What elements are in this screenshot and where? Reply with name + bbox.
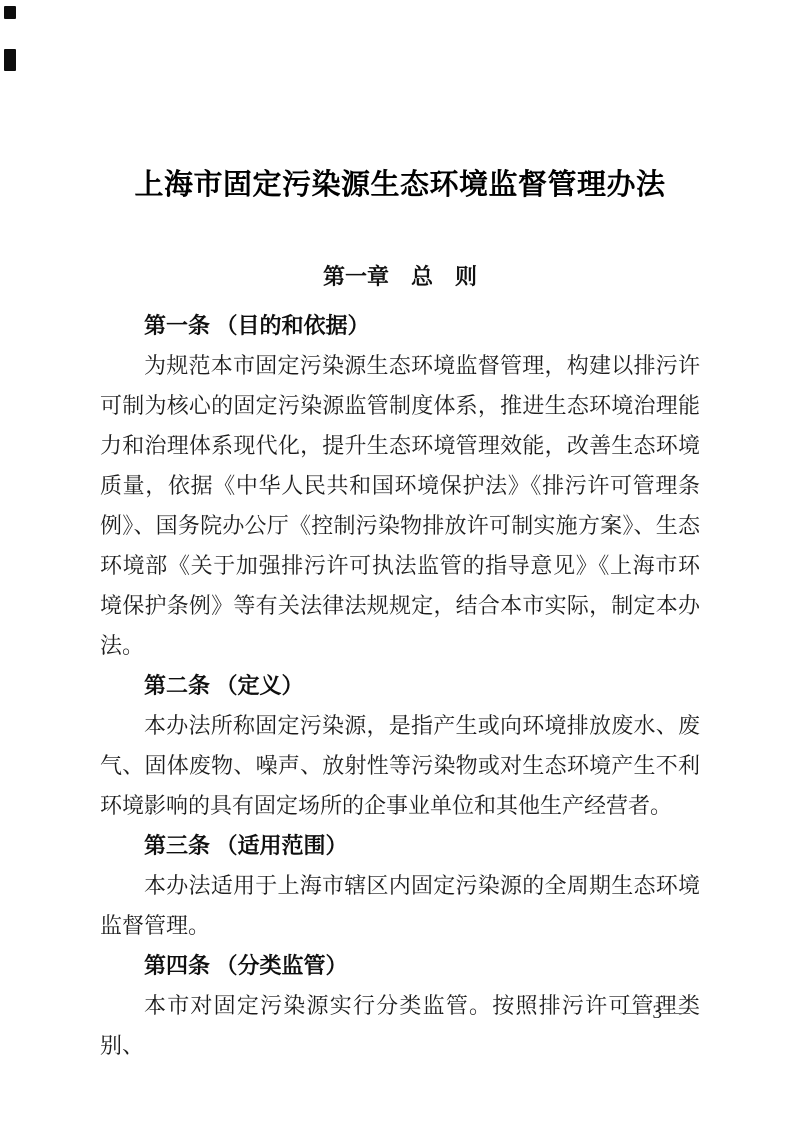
article-2: 第二条 （定义） 本办法所称固定污染源，是指产生或向环境排放废水、废气、固体废物… xyxy=(100,666,700,826)
article-4-paragraph: 本市对固定污染源实行分类监管。按照排污许可管理类别、 xyxy=(100,986,700,1066)
article-1: 第一条 （目的和依据） 为规范本市固定污染源生态环境监督管理，构建以排污许可制为… xyxy=(100,306,700,666)
document-title: 上海市固定污染源生态环境监督管理办法 xyxy=(0,164,800,206)
document-page: 上海市固定污染源生态环境监督管理办法 第一章 总 则 第一条 （目的和依据） 为… xyxy=(0,0,800,1132)
scan-artifact-mark-top xyxy=(4,6,16,19)
scan-artifact-mark-left xyxy=(4,49,16,71)
document-body: 第一条 （目的和依据） 为规范本市固定污染源生态环境监督管理，构建以排污许可制为… xyxy=(100,306,700,1066)
article-3-heading: 第三条 （适用范围） xyxy=(100,826,700,866)
article-3-paragraph: 本办法适用于上海市辖区内固定污染源的全周期生态环境监督管理。 xyxy=(100,866,700,946)
article-3: 第三条 （适用范围） 本办法适用于上海市辖区内固定污染源的全周期生态环境监督管理… xyxy=(100,826,700,946)
page-footer: —3— xyxy=(0,1001,690,1025)
article-1-paragraph: 为规范本市固定污染源生态环境监督管理，构建以排污许可制为核心的固定污染源监管制度… xyxy=(100,346,700,666)
footer-dash-left: — xyxy=(625,1002,644,1023)
page-number: 3 xyxy=(653,1002,663,1023)
chapter-heading: 第一章 总 则 xyxy=(0,260,800,294)
article-2-paragraph: 本办法所称固定污染源，是指产生或向环境排放废水、废气、固体废物、噪声、放射性等污… xyxy=(100,706,700,826)
article-1-heading: 第一条 （目的和依据） xyxy=(100,306,700,346)
footer-dash-right: — xyxy=(671,1002,690,1023)
article-2-heading: 第二条 （定义） xyxy=(100,666,700,706)
article-4-heading: 第四条 （分类监管） xyxy=(100,946,700,986)
